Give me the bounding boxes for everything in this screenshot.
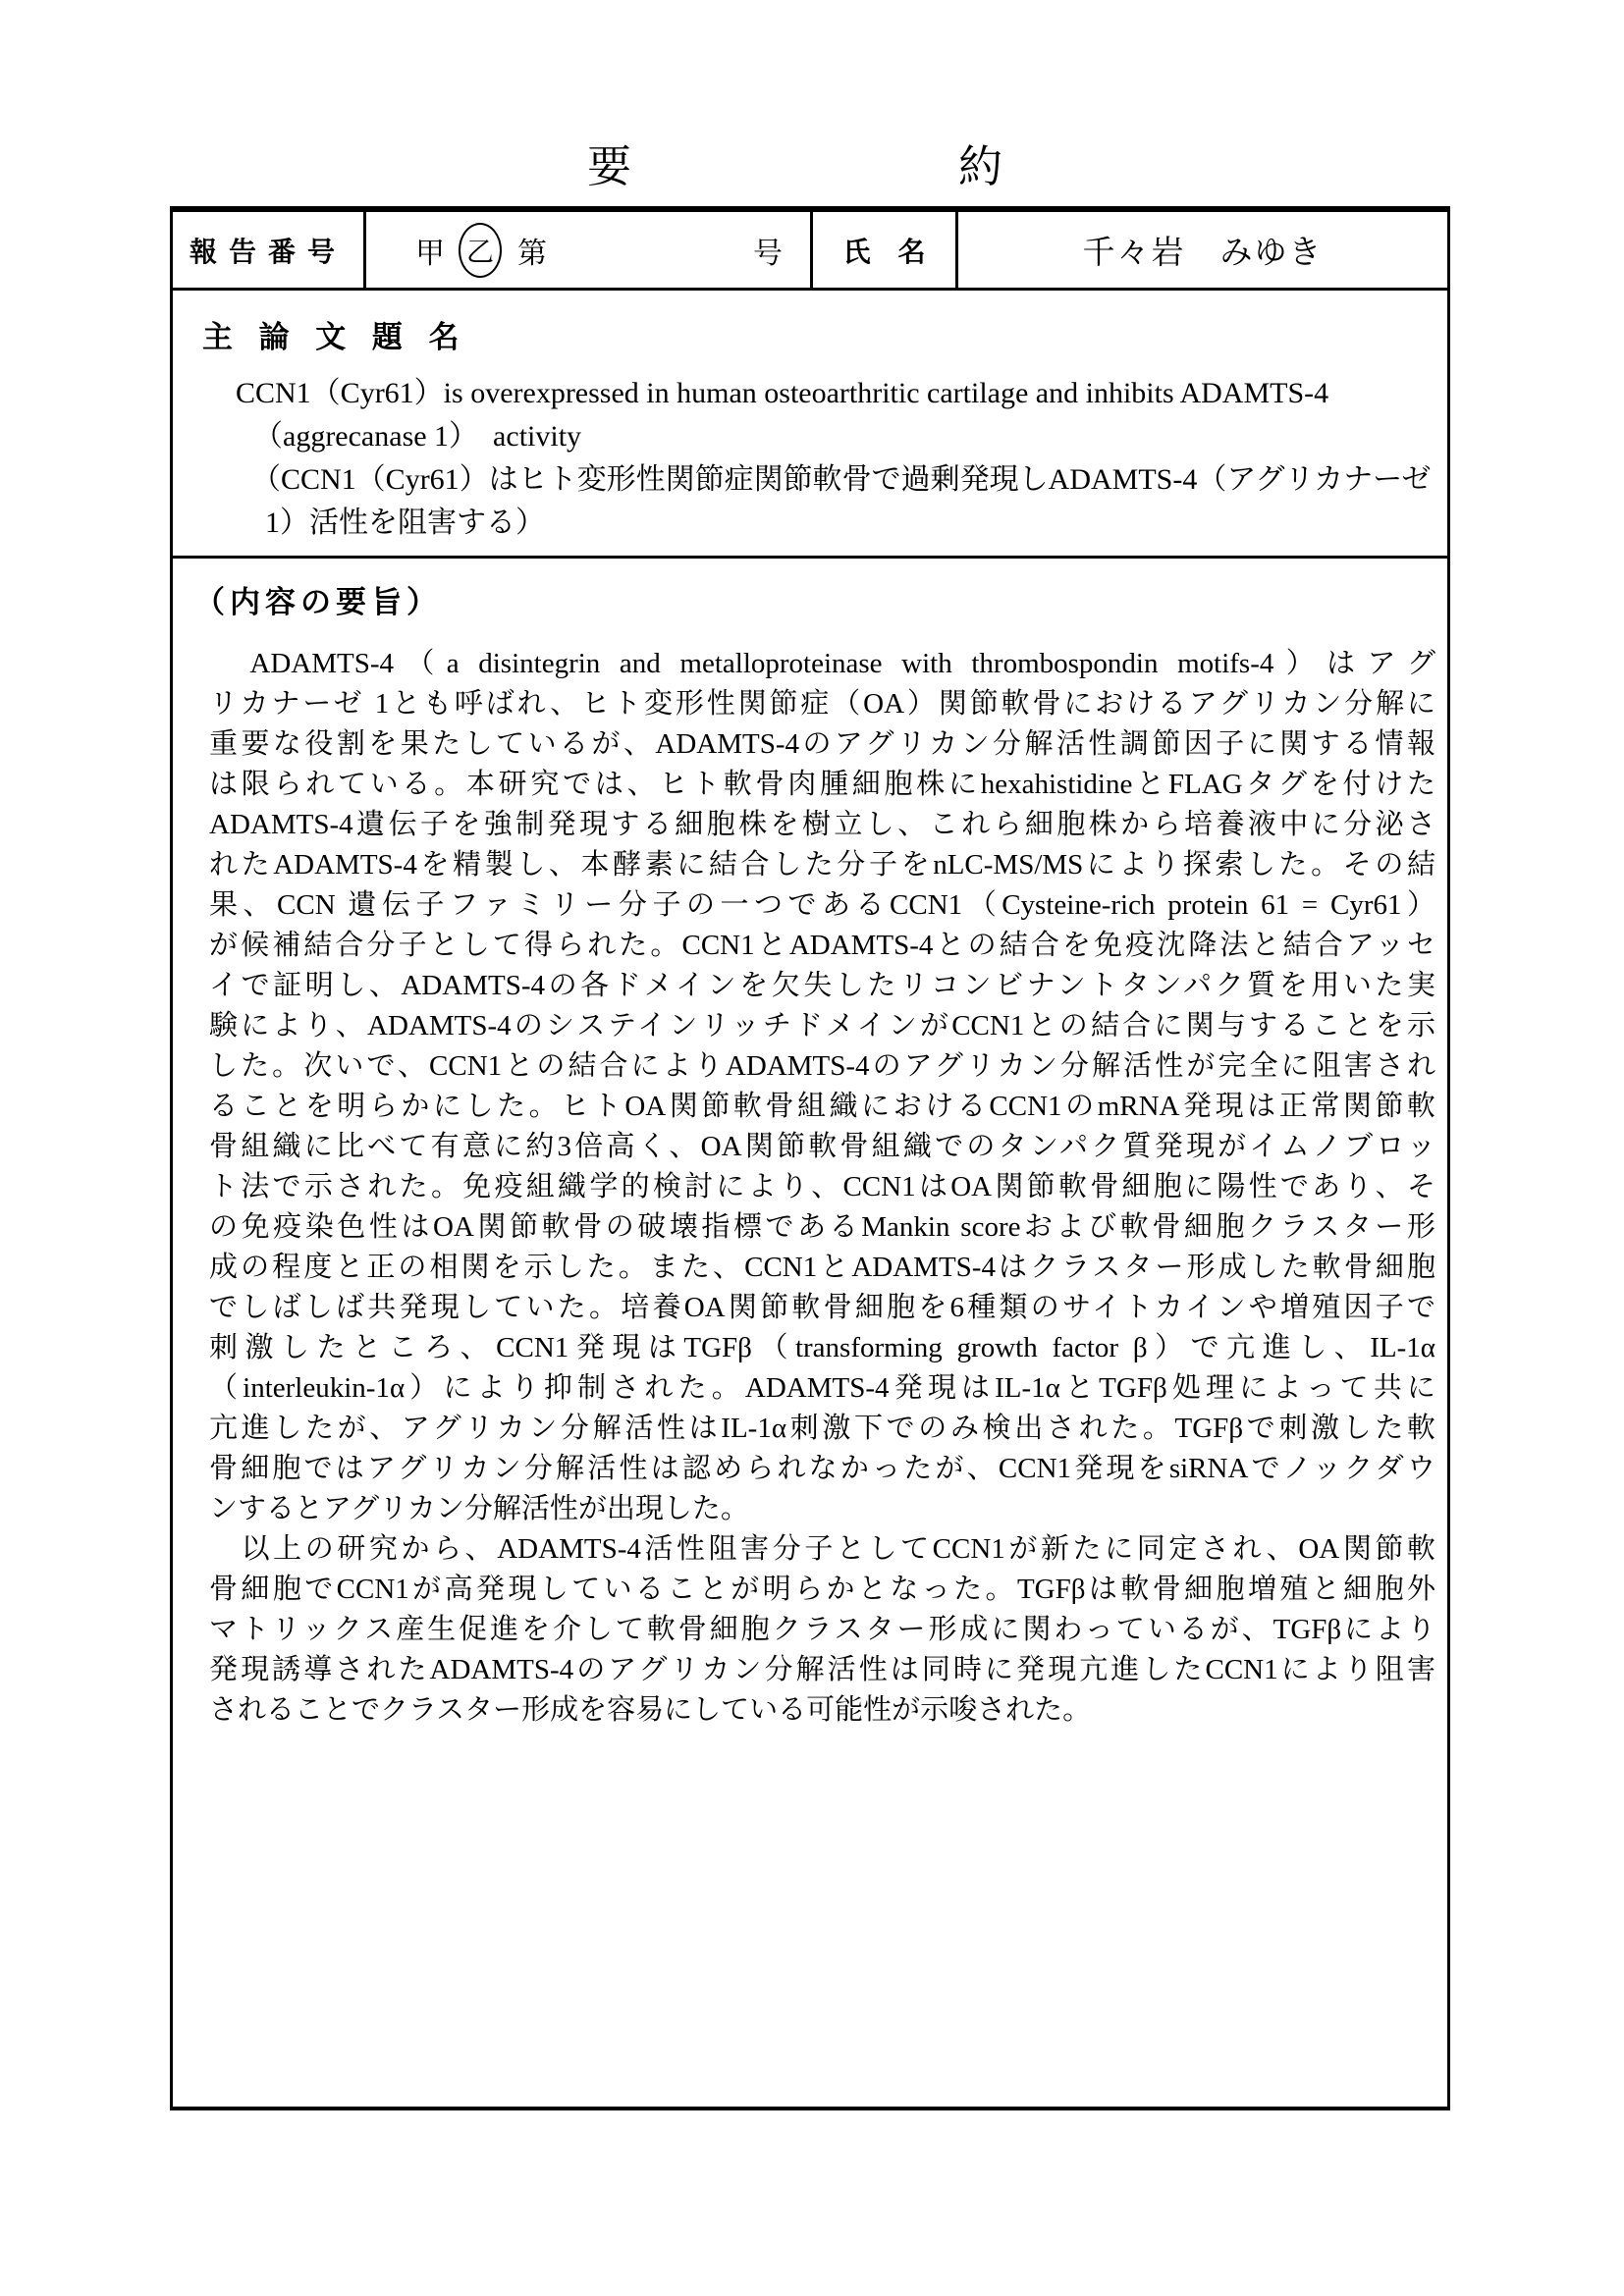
abstract-text-line: は限られている。本研究では、ヒト軟骨肉腫細胞株にhexahistidineとFL… [209, 765, 1435, 805]
main-title-section: 主 論 文 題 名 CCN1（Cyr61）is overexpressed in… [173, 291, 1447, 559]
abstract-text-line: でしばしば共発現していた。培養OA関節軟骨細胞を6種類のサイトカインや増殖因子で [209, 1288, 1435, 1328]
report-number-value-cell: 甲 乙 第 号 [366, 212, 813, 288]
abstract-text-line: れたADAMTS-4を精製し、本酵素に結合した分子をnLC-MS/MSにより探索… [209, 845, 1435, 885]
abstract-text-line: ンするとアグリカン分解活性が出現した。 [209, 1489, 1435, 1529]
abstract-text-line: 骨組織に比べて有意に約3倍高く、OA関節軟骨組織でのタンパク質発現がイムノブロッ [209, 1127, 1435, 1167]
gou-char: 号 [753, 229, 783, 272]
abstract-text-line: （interleukin-1α）により抑制された。ADAMTS-4発現はIL-1… [209, 1368, 1435, 1409]
header-row: 報告番号 甲 乙 第 号 氏 名 千々岩 みゆき [173, 212, 1447, 291]
abstract-paragraph-2: 以上の研究から、ADAMTS-4活性阻害分子としてCCN1が新たに同定され、OA… [209, 1529, 1435, 1731]
abstract-text-line: 成の程度と正の相関を示した。また、CCN1とADAMTS-4はクラスター形成した… [209, 1248, 1435, 1288]
main-title-line: （aggrecanase 1） activity [253, 415, 1447, 458]
abstract-text-line: ADAMTS-4遺伝子を強制発現する細胞株を樹立し、これら細胞株から培養液中に分… [209, 805, 1435, 845]
otsu-circled-char: 乙 [459, 223, 502, 278]
abstract-text-line: が候補結合分子として得られた。CCN1とADAMTS-4との結合を免疫沈降法と結… [209, 926, 1435, 966]
abstract-text-line: 骨細胞ではアグリカン分解活性は認められなかったが、CCN1発現をsiRNAでノッ… [209, 1449, 1435, 1489]
report-frame: 報告番号 甲 乙 第 号 氏 名 千々岩 みゆき 主 論 文 題 名 CCN1（… [170, 206, 1450, 2110]
abstract-text-line: ることを明らかにした。ヒトOA関節軟骨組織におけるCCN1のmRNA発現は正常関… [209, 1087, 1435, 1127]
page-title-char-you: 要 [587, 143, 631, 190]
abstract-text-line: した。次いで、CCN1との結合によりADAMTS-4のアグリカン分解活性が完全に… [209, 1046, 1435, 1087]
abstract-text-line: の免疫染色性はOA関節軟骨の破壊指標であるMankin scoreおよび軟骨細胞… [209, 1207, 1435, 1248]
abstract-text-line: イで証明し、ADAMTS-4の各ドメインを欠失したリコンビナントタンパク質を用い… [209, 966, 1435, 1006]
abstract-text-line: マトリックス産生促進を介して軟骨細胞クラスター形成に関わっているが、TGFβによ… [209, 1610, 1435, 1650]
abstract-label: （内容の要旨） [194, 577, 1447, 621]
abstract-body: ADAMTS-4（a disintegrin and metalloprotei… [209, 644, 1435, 1731]
abstract-page: 要 約 報告番号 甲 乙 第 号 氏 名 千々岩 みゆき 主 論 文 題 名 C… [0, 0, 1624, 2296]
main-title-line: （CCN1（Cyr61）はヒト変形性関節症関節軟骨で過剰発現しADAMTS-4（… [251, 458, 1447, 502]
abstract-text-line: 以上の研究から、ADAMTS-4活性阻害分子としてCCN1が新たに同定され、OA… [209, 1529, 1435, 1570]
abstract-text-line: されることでクラスター形成を容易にしている可能性が示唆された。 [209, 1690, 1435, 1731]
abstract-text-line: 骨細胞でCCN1が高発現していることが明らかとなった。TGFβは軟骨細胞増殖と細… [209, 1570, 1435, 1610]
otsu-char: 乙 [466, 231, 494, 270]
name-label: 氏 名 [813, 212, 958, 288]
dai-char: 第 [517, 229, 547, 272]
abstract-section: （内容の要旨） ADAMTS-4（a disintegrin and metal… [173, 559, 1447, 2107]
abstract-text-line: 果、CCN 遺伝子ファミリー分子の一つであるCCN1（Cysteine-rich… [209, 885, 1435, 926]
abstract-paragraph-1: ADAMTS-4（a disintegrin and metalloprotei… [209, 644, 1435, 1529]
abstract-text-line: 験により、ADAMTS-4のシステインリッチドメインがCCN1との結合に関与する… [209, 1006, 1435, 1046]
abstract-text-line: リカナーゼ 1とも呼ばれ、ヒト変形性関節症（OA）関節軟骨におけるアグリカン分解… [209, 684, 1435, 724]
main-title-label: 主 論 文 題 名 [202, 312, 1447, 356]
abstract-text-line: 刺激したところ、CCN1発現はTGFβ（transforming growth … [209, 1328, 1435, 1368]
kou-char: 甲 [415, 229, 445, 272]
name-value: 千々岩 みゆき [958, 212, 1447, 288]
page-title-char-yaku: 約 [958, 143, 1002, 190]
main-title-line: 1）活性を阻害する） [265, 502, 1447, 545]
abstract-text-line: 亢進したが、アグリカン分解活性はIL-1α刺激下でのみ検出された。TGFβで刺激… [209, 1409, 1435, 1449]
abstract-text-line: ト法で示された。免疫組織学的検討により、CCN1はOA関節軟骨細胞に陽性であり、… [209, 1167, 1435, 1207]
main-title-line: CCN1（Cyr61）is overexpressed in human ost… [236, 372, 1447, 415]
abstract-text-line: 発現誘導されたADAMTS-4のアグリカン分解活性は同時に発現亢進したCCN1に… [209, 1650, 1435, 1690]
report-number-label: 報告番号 [173, 212, 366, 288]
abstract-text-line: ADAMTS-4（a disintegrin and metalloprotei… [209, 644, 1435, 684]
abstract-text-line: 重要な役割を果たしているが、ADAMTS-4のアグリカン分解活性調節因子に関する… [209, 724, 1435, 765]
main-title-lines: CCN1（Cyr61）is overexpressed in human ost… [173, 372, 1447, 545]
